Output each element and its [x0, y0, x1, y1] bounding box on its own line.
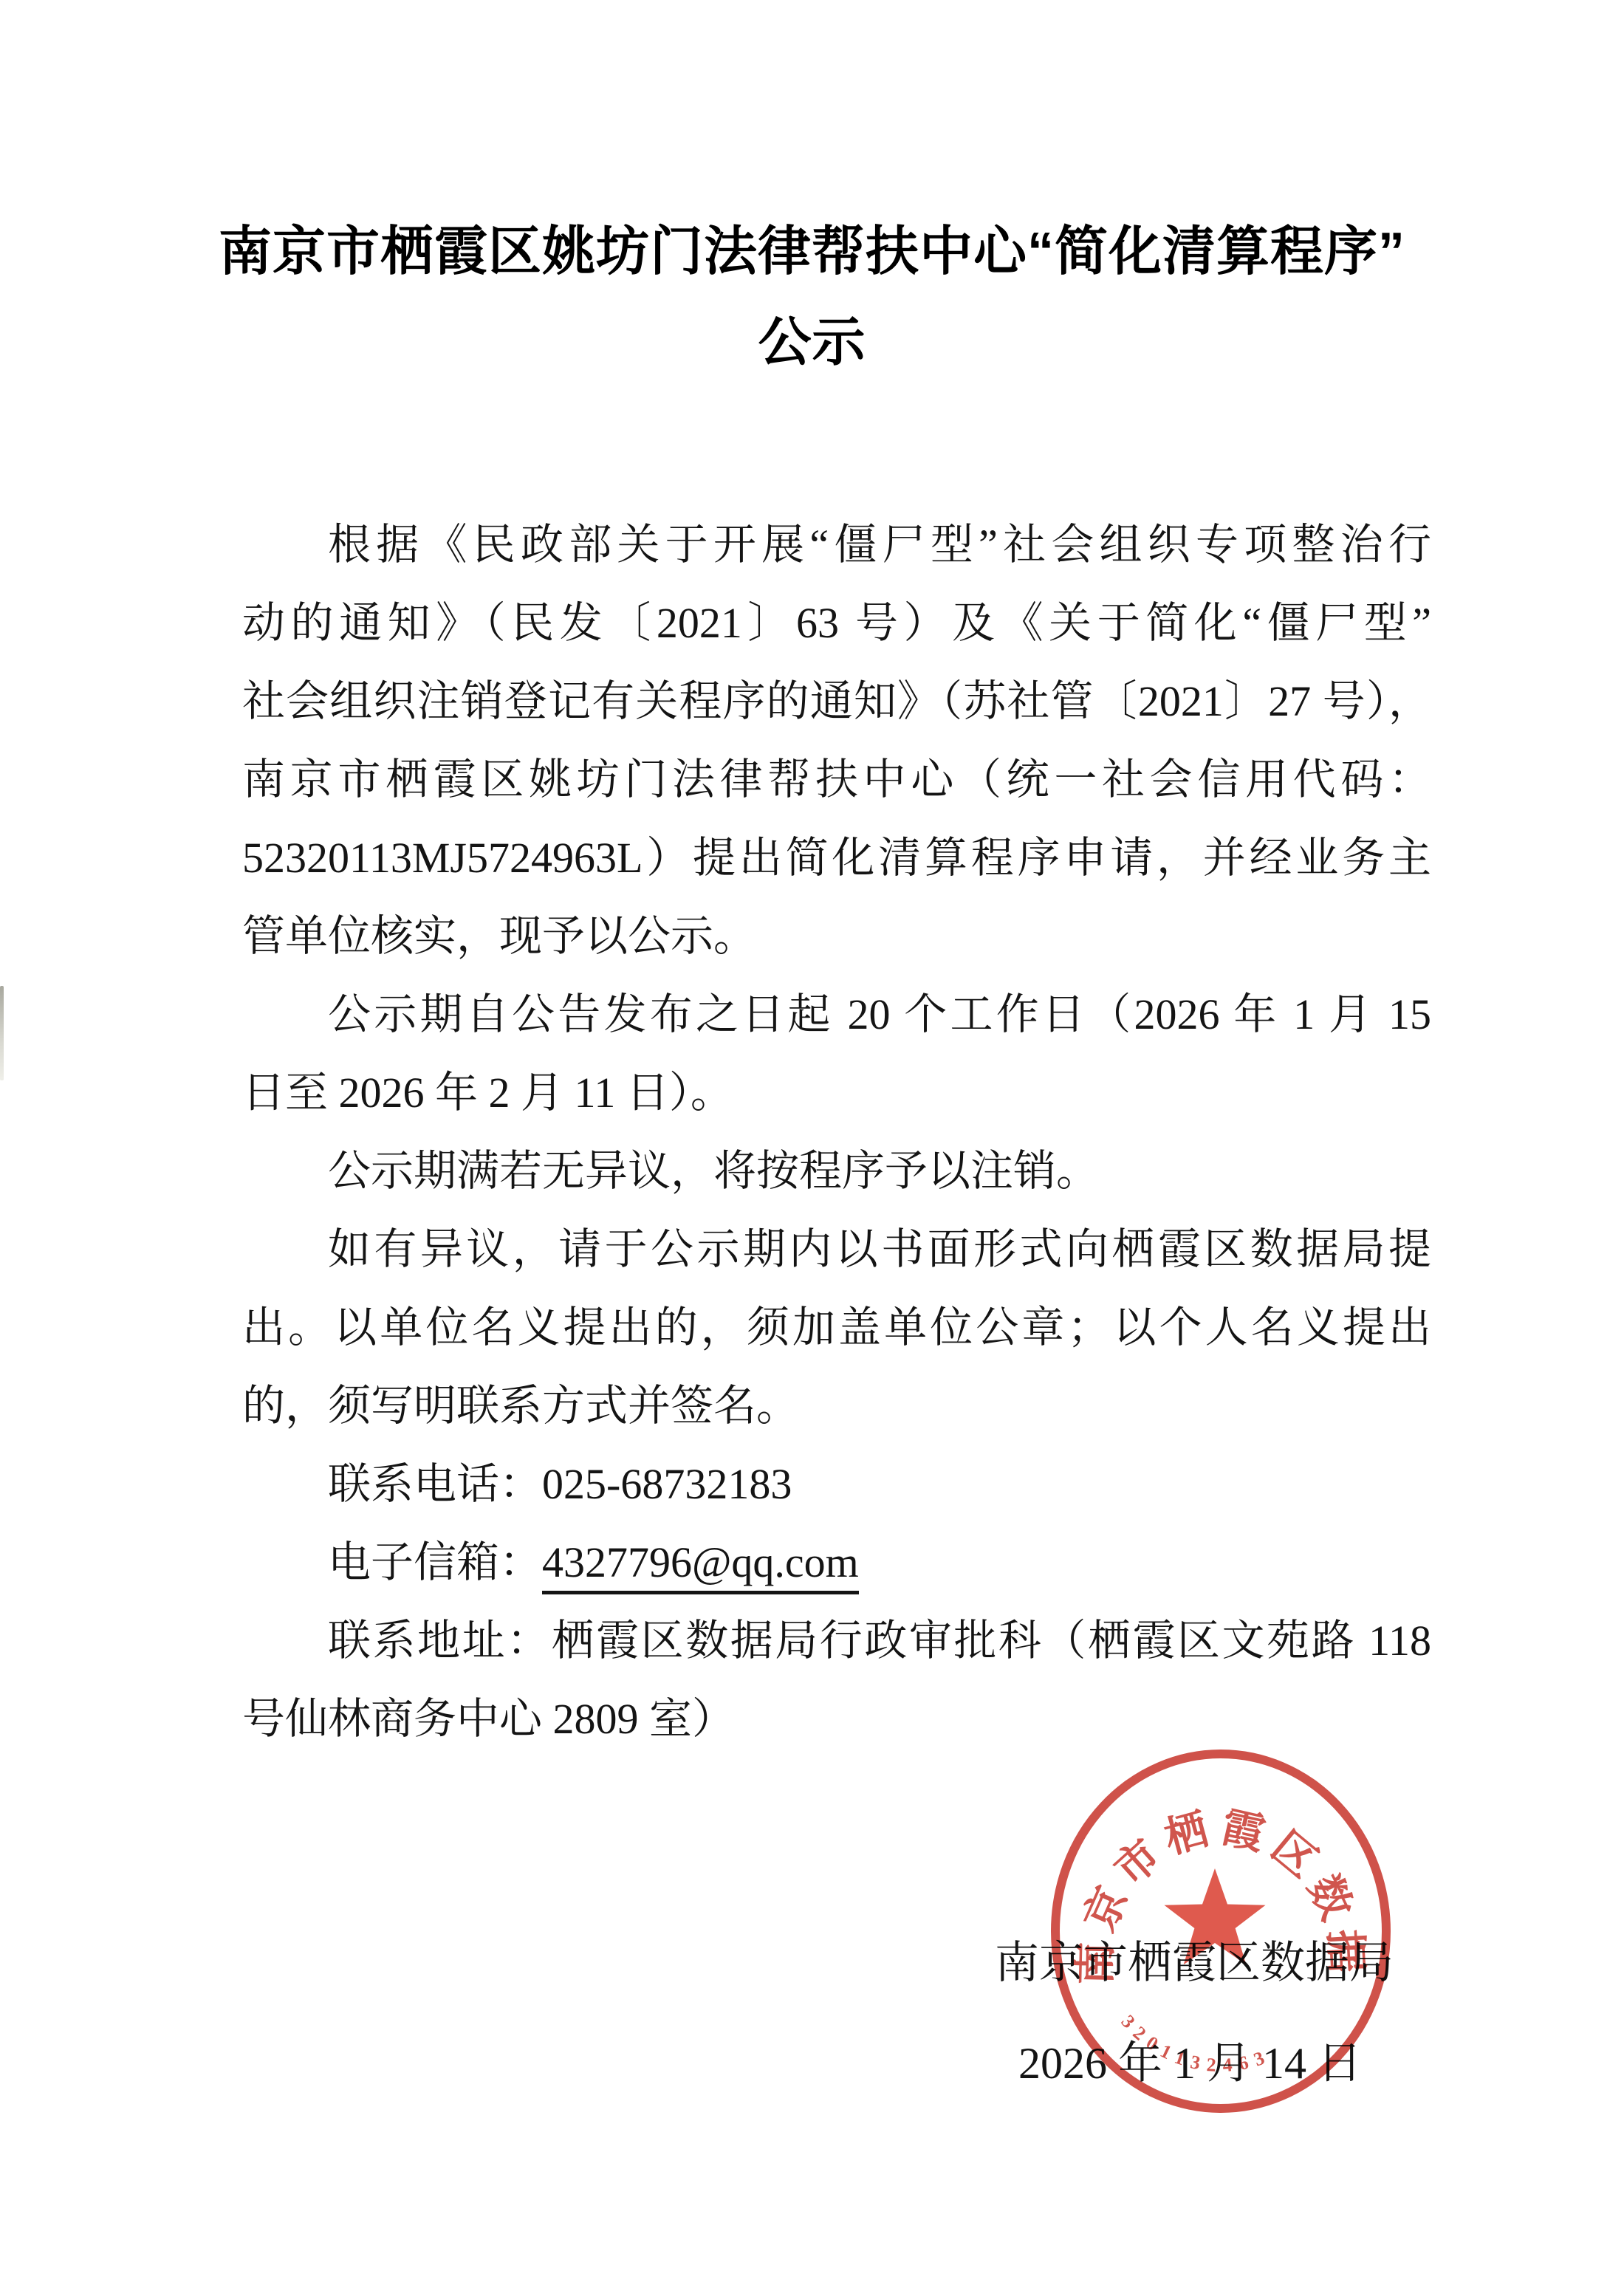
- body-line-14: 电子信箱：4327796@qq.com: [242, 1524, 1431, 1602]
- body-line-8: 日至 2026 年 2 月 11 日）。: [242, 1054, 1431, 1132]
- document-page: 南京市栖霞区姚坊门法律帮扶中心“简化清算程序” 公示 根据《民政部关于开展“僵尸…: [0, 0, 1624, 2296]
- body-line-12: 的，须写明联系方式并签名。: [242, 1367, 1431, 1445]
- body-segment: 电子信箱：: [328, 1538, 542, 1586]
- document-body: 根据《民政部关于开展“僵尸型”社会组织专项整治行动的通知》（民发〔2021〕63…: [242, 506, 1431, 1758]
- body-line-13: 联系电话：025-68732183: [242, 1445, 1431, 1524]
- title-line-1: 南京市栖霞区姚坊门法律帮扶中心“简化清算程序”: [0, 207, 1624, 298]
- body-line-4: 南京市栖霞区姚坊门法律帮扶中心（统一社会信用代码：: [242, 741, 1431, 819]
- body-line-1: 根据《民政部关于开展“僵尸型”社会组织专项整治行: [242, 506, 1431, 584]
- body-line-15: 联系地址：栖霞区数据局行政审批科（栖霞区文苑路 118: [242, 1602, 1431, 1680]
- title-line-2: 公示: [0, 298, 1624, 388]
- scan-artifact: [0, 986, 4, 1080]
- document-title: 南京市栖霞区姚坊门法律帮扶中心“简化清算程序” 公示: [0, 207, 1624, 388]
- body-line-5: 52320113MJ5724963L）提出简化清算程序申请，并经业务主: [242, 819, 1431, 897]
- svg-text:3201132463: 3201132463: [1117, 2011, 1275, 2077]
- body-line-6: 管单位核实，现予以公示。: [242, 897, 1431, 976]
- body-line-11: 出。以单位名义提出的，须加盖单位公章；以个人名义提出: [242, 1289, 1431, 1367]
- body-line-10: 如有异议，请于公示期内以书面形式向栖霞区数据局提: [242, 1210, 1431, 1289]
- seal-star: [1165, 1868, 1266, 1964]
- official-seal: 南京市栖霞区数据局 3201132463: [1040, 1743, 1402, 2127]
- body-line-3: 社会组织注销登记有关程序的通知》（苏社管〔2021〕27 号），: [242, 662, 1431, 741]
- body-line-2: 动的通知》（民发〔2021〕63 号）及《关于简化“僵尸型”: [242, 584, 1431, 662]
- body-line-9: 公示期满若无异议，将按程序予以注销。: [242, 1132, 1431, 1210]
- seal-code-text: 3201132463: [1117, 2011, 1275, 2077]
- email-text: 4327796@qq.com: [542, 1538, 859, 1594]
- body-line-7: 公示期自公告发布之日起 20 个工作日（2026 年 1 月 15: [242, 976, 1431, 1054]
